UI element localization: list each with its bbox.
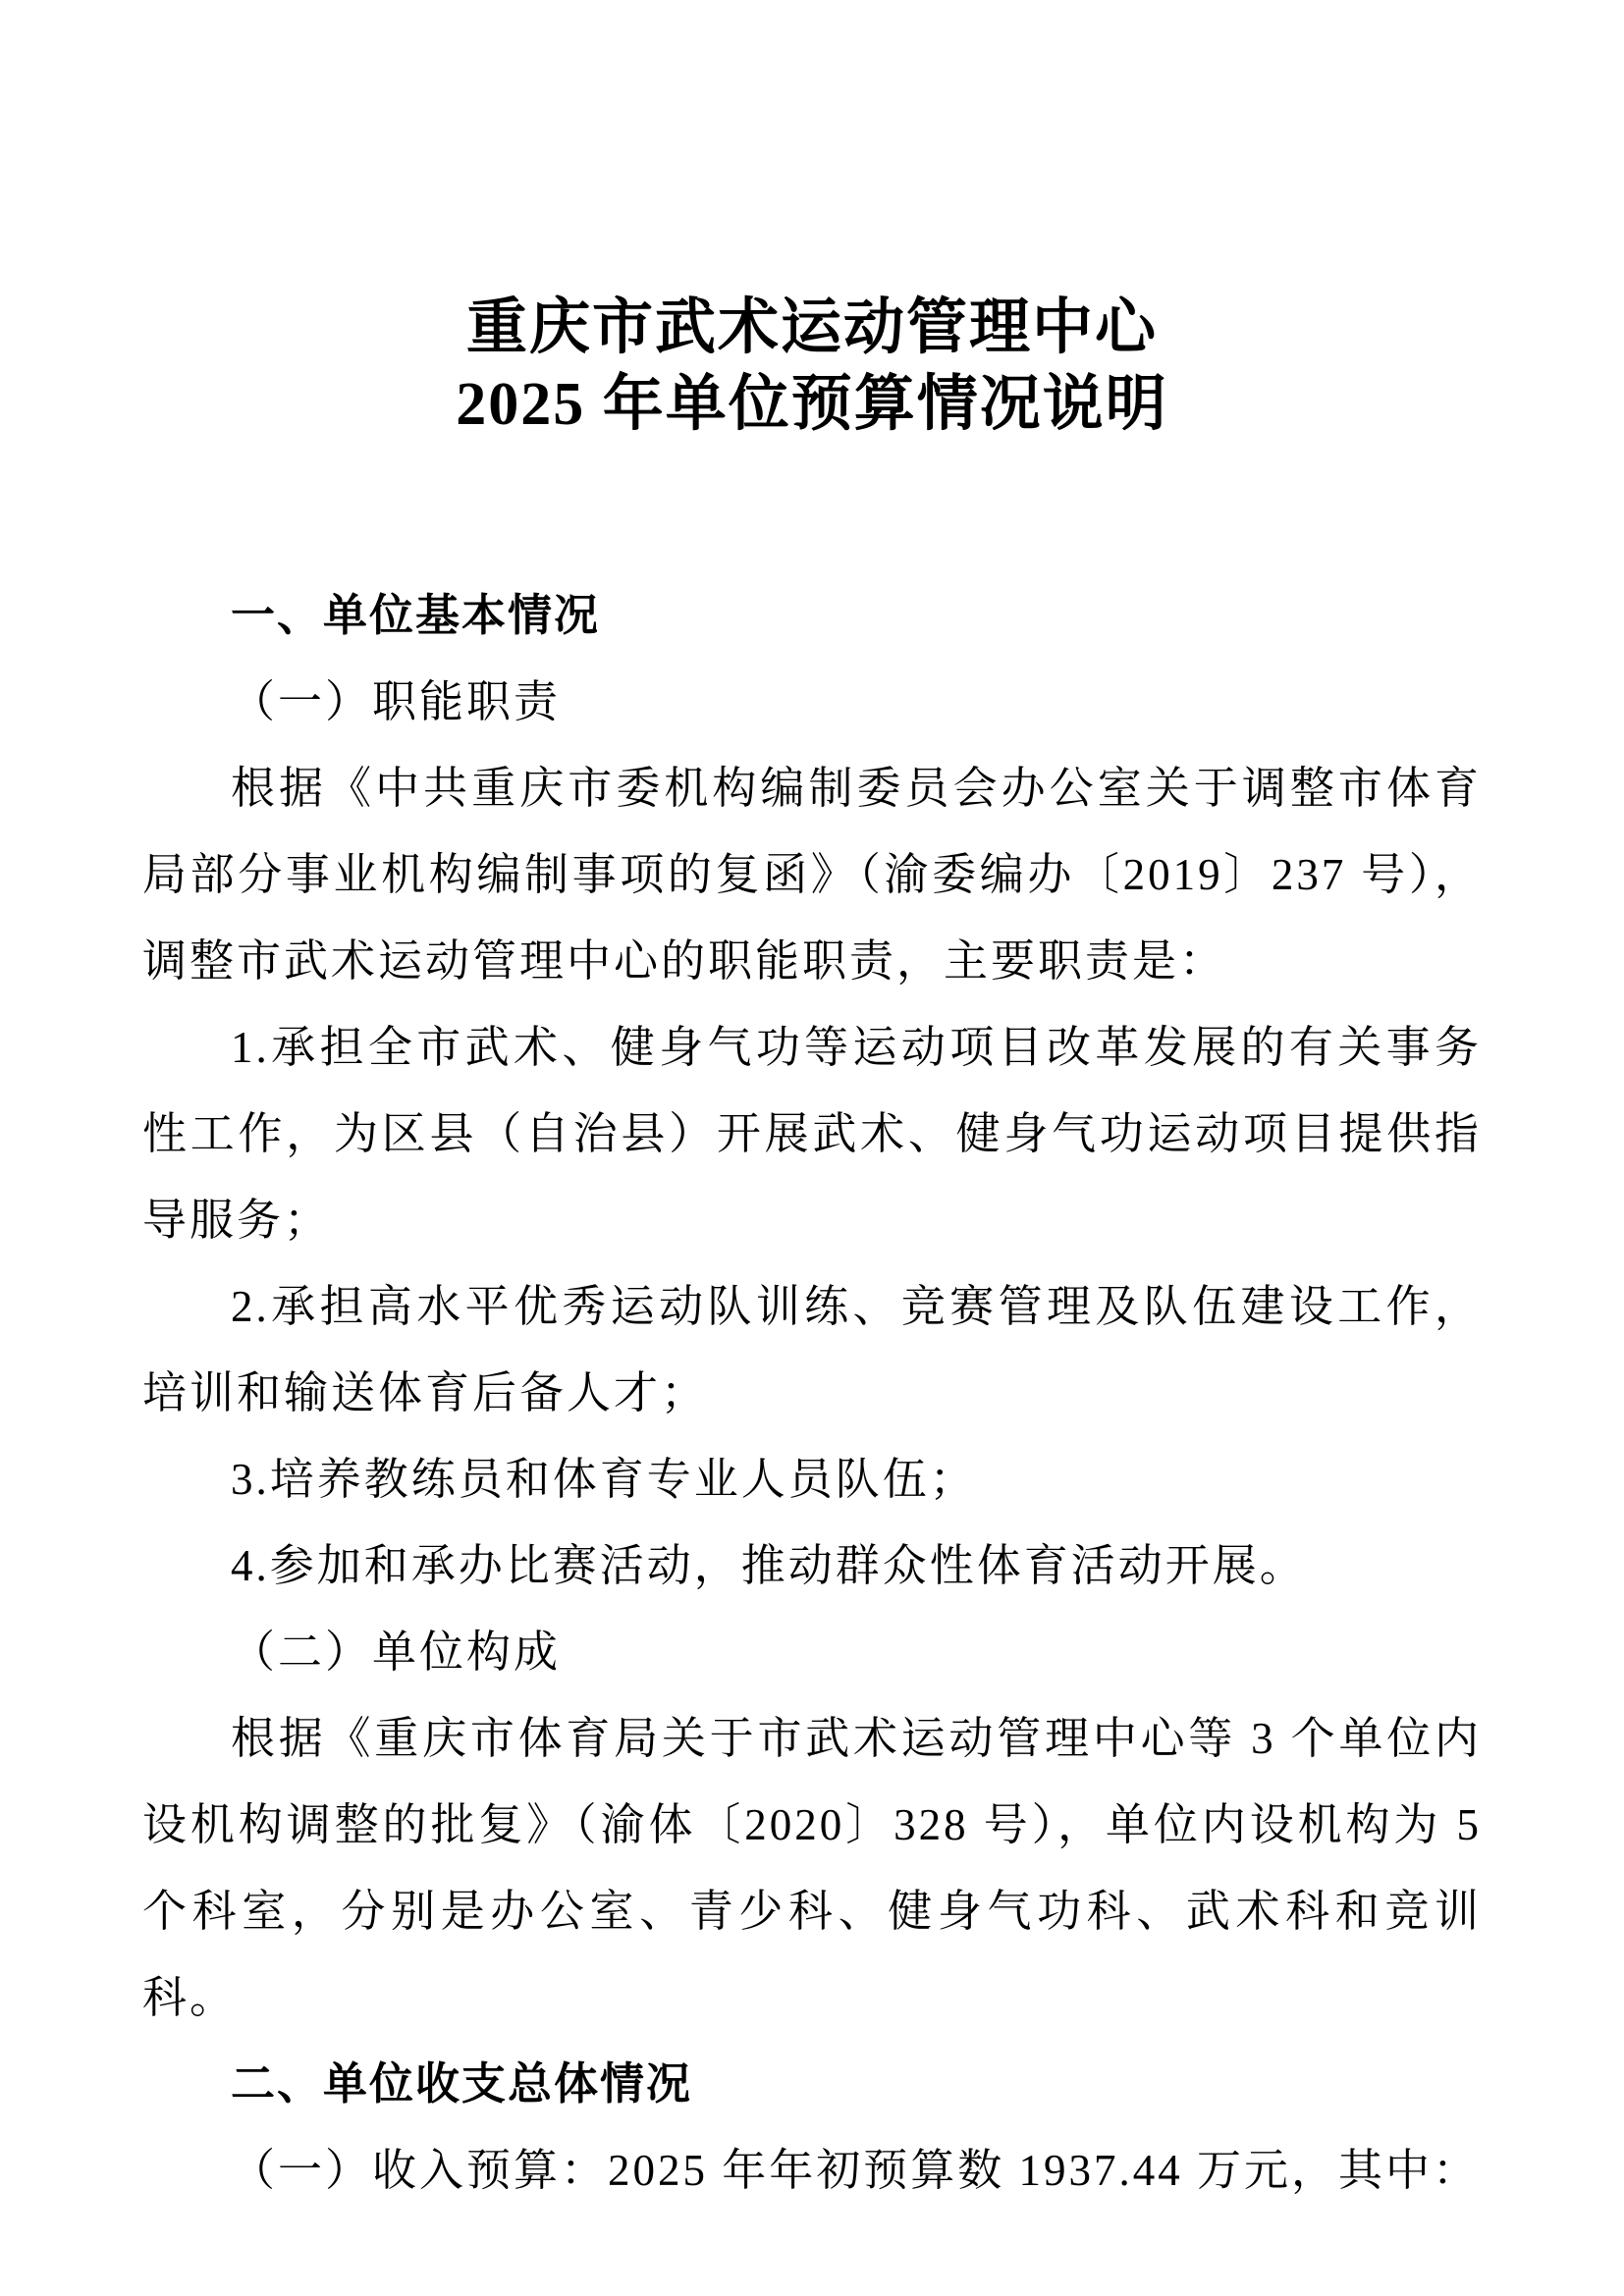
paragraph-duty-2: 2.承担高水平优秀运动队训练、竞赛管理及队伍建设工作，培训和输送体育后备人才； bbox=[142, 1263, 1482, 1436]
section-heading-1: 一、单位基本情况 bbox=[142, 572, 1482, 659]
document-content: 重庆市武术运动管理中心 2025 年单位预算情况说明 一、单位基本情况 （一）职… bbox=[142, 290, 1482, 2214]
paragraph-income-budget: （一）收入预算：2025 年年初预算数 1937.44 万元，其中： bbox=[142, 2127, 1482, 2214]
paragraph-functions-basis: 根据《中共重庆市委机构编制委员会办公室关于调整市体育局部分事业机构编制事项的复函… bbox=[142, 745, 1482, 1004]
paragraph-duty-1: 1.承担全市武术、健身气功等运动项目改革发展的有关事务性工作，为区县（自治县）开… bbox=[142, 1004, 1482, 1263]
subsection-heading-1-2: （二）单位构成 bbox=[142, 1609, 1482, 1695]
subsection-heading-1-1: （一）职能职责 bbox=[142, 659, 1482, 745]
doc-title-line-2: 2025 年单位预算情况说明 bbox=[142, 366, 1482, 443]
document-body: 一、单位基本情况 （一）职能职责 根据《中共重庆市委机构编制委员会办公室关于调整… bbox=[142, 572, 1482, 2214]
paragraph-duty-3: 3.培养教练员和体育专业人员队伍； bbox=[142, 1436, 1482, 1522]
section-heading-2: 二、单位收支总体情况 bbox=[142, 2041, 1482, 2127]
paragraph-unit-composition: 根据《重庆市体育局关于市武术运动管理中心等 3 个单位内设机构调整的批复》（渝体… bbox=[142, 1695, 1482, 2041]
document-page: 重庆市武术运动管理中心 2025 年单位预算情况说明 一、单位基本情况 （一）职… bbox=[0, 0, 1624, 2296]
doc-title-line-1: 重庆市武术运动管理中心 bbox=[142, 290, 1482, 366]
paragraph-duty-4: 4.参加和承办比赛活动，推动群众性体育活动开展。 bbox=[142, 1522, 1482, 1609]
